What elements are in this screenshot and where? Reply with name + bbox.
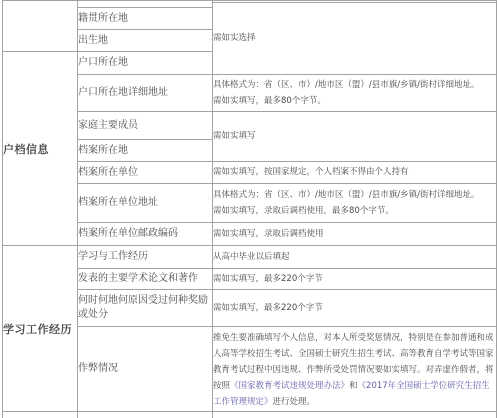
field-cell-study-work-experience: 学习与工作经历 [78,246,213,269]
description-cell-archive-unit-rule: 需如实填写，按国家规定，个人档案不得由个人持有 [213,162,497,184]
field-cell-cropped-bottom [78,412,213,418]
category-cell-cropped-bottom [3,412,78,418]
field-cell-archive-unit-zipcode: 档案所在单位邮政编码 [78,223,213,246]
description-cell-select-truthfully: 需如实选择 [213,3,497,75]
cheating-policy-paragraph: 推免生要准确填写个人信息，对本人所受奖惩情况，特别是在参加普通和成人高等学校招生… [213,329,496,410]
description-cell-max220-papers: 需如实填写，最多220个字节 [213,269,497,290]
hukou-format-lines: 具体格式为：省（区、市）/地市区（盟）/县市旗/乡镇/街村详细地址。 需如实填写… [213,77,496,109]
field-cell-archive-unit-address: 档案所在单位地址 [78,184,213,223]
field-cell-archive-location: 档案所在地 [78,140,213,162]
field-cell-published-papers: 发表的主要学术论文和著作 [78,269,213,290]
category-cell-household-archive: 户档信息 [3,52,78,246]
description-cell-fill-truthfully: 需如实填写 [213,112,497,162]
unit-format-line1: 具体格式为：省（区、市）/地市区（盟）/县市旗/乡镇/街村详细地址。 [213,187,496,203]
field-cell-awards-punishments: 何时何地何原因受过何种奖励或处分 [78,290,213,327]
link-exam-violation-measures[interactable]: 《国家教育考试违规处理办法》 [230,381,349,391]
cheating-policy-text-3: 进行处理。 [273,397,316,407]
field-cell-archive-unit: 档案所在单位 [78,162,213,184]
description-cell-hukou-format: 具体格式为：省（区、市）/地市区（盟）/县市旗/乡镇/街村详细地址。 需如实填写… [213,75,497,112]
unit-format-line2: 需如实填写，录取后调档使用，最多80个字节。 [213,203,496,219]
description-cell-max220-awards: 需如实填写，最多220个字节 [213,290,497,327]
registration-instructions-page: 需如实选择 籍贯所在地 出生地 户档信息 户口所在地 户口所在地详细地址 具体格… [0,0,499,418]
field-cell-cheating-record: 作弊情况 [78,327,213,412]
description-cell-zipcode-note: 需如实填写，录取后调档使用 [213,223,497,246]
description-cell-cropped-bottom [213,412,497,418]
category-cell-cropped-top [3,1,78,52]
category-cell-study-work: 学习工作经历 [3,246,78,412]
field-cell-hukou-detail-address: 户口所在地详细地址 [78,75,213,112]
hukou-format-line2: 需如实填写，最多80个字节。 [213,93,496,109]
field-cell-cropped-top [78,1,213,8]
field-cell-native-place: 籍贯所在地 [78,8,213,30]
field-cell-hukou-location: 户口所在地 [78,52,213,75]
cheating-policy-text-2: 和 [349,381,358,391]
description-cell-cheating-policy: 推免生要准确填写个人信息，对本人所受奖惩情况，特别是在参加普通和成人高等学校招生… [213,327,497,412]
hukou-format-line1: 具体格式为：省（区、市）/地市区（盟）/县市旗/乡镇/街村详细地址。 [213,77,496,93]
registration-info-table: 需如实选择 籍贯所在地 出生地 户档信息 户口所在地 户口所在地详细地址 具体格… [2,0,497,418]
field-cell-family-members: 家庭主要成员 [78,112,213,140]
description-cell-unit-format: 具体格式为：省（区、市）/地市区（盟）/县市旗/乡镇/街村详细地址。 需如实填写… [213,184,497,223]
description-cell-from-highschool: 从高中毕业以后填起 [213,246,497,269]
field-cell-birthplace: 出生地 [78,30,213,52]
unit-format-lines: 具体格式为：省（区、市）/地市区（盟）/县市旗/乡镇/街村详细地址。 需如实填写… [213,187,496,219]
